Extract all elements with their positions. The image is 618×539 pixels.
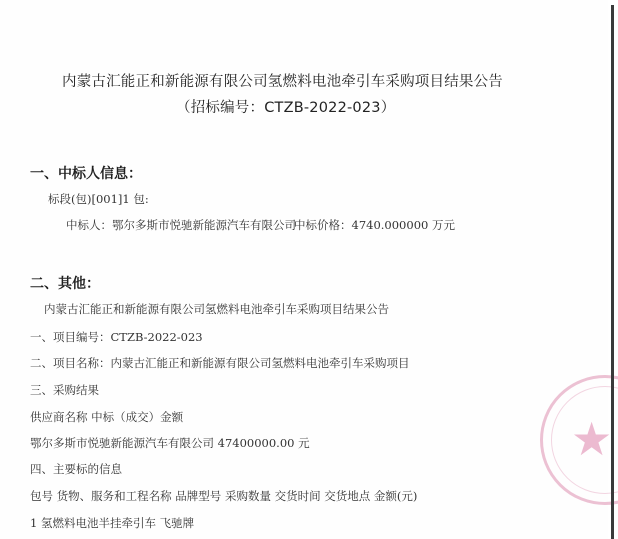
body-line: 内蒙古汇能正和新能源有限公司氢燃料电池牵引车采购项目结果公告 (44, 301, 389, 317)
body-line: 鄂尔多斯市悦驰新能源汽车有限公司 47400000.00 元 (30, 435, 310, 451)
section-heading-winner: 一、中标人信息： (30, 163, 142, 183)
winner-name: 中标人：鄂尔多斯市悦驰新能源汽车有限公司 (66, 217, 296, 233)
company-seal: ★ (540, 375, 618, 505)
body-line: 供应商名称 中标（成交）金额 (30, 409, 183, 425)
body-line: 一、项目编号：CTZB-2022-023 (30, 329, 203, 345)
body-line: 四、主要标的信息 (30, 461, 122, 477)
body-line: 1 氢燃料电池半挂牵引车 飞驰牌 (30, 515, 194, 531)
winning-price: 中标价格：4740.000000 万元 (294, 217, 455, 233)
package-label: 标段(包)[001]1 包: (48, 191, 149, 207)
document-page: 内蒙古汇能正和新能源有限公司氢燃料电池牵引车采购项目结果公告 （招标编号：CTZ… (0, 0, 608, 539)
body-line: 二、项目名称：内蒙古汇能正和新能源有限公司氢燃料电池牵引车采购项目 (30, 355, 410, 371)
section-heading-other: 二、其他： (30, 273, 100, 293)
body-line: 包号 货物、服务和工程名称 品牌型号 采购数量 交货时间 交货地点 金额(元) (30, 488, 417, 504)
page-edge-divider (611, 5, 614, 539)
star-seal-icon: ★ (571, 412, 612, 466)
page-title: 内蒙古汇能正和新能源有限公司氢燃料电池牵引车采购项目结果公告 (62, 70, 503, 91)
body-line: 三、采购结果 (30, 382, 99, 398)
tender-number: （招标编号：CTZB-2022-023） (176, 96, 395, 117)
